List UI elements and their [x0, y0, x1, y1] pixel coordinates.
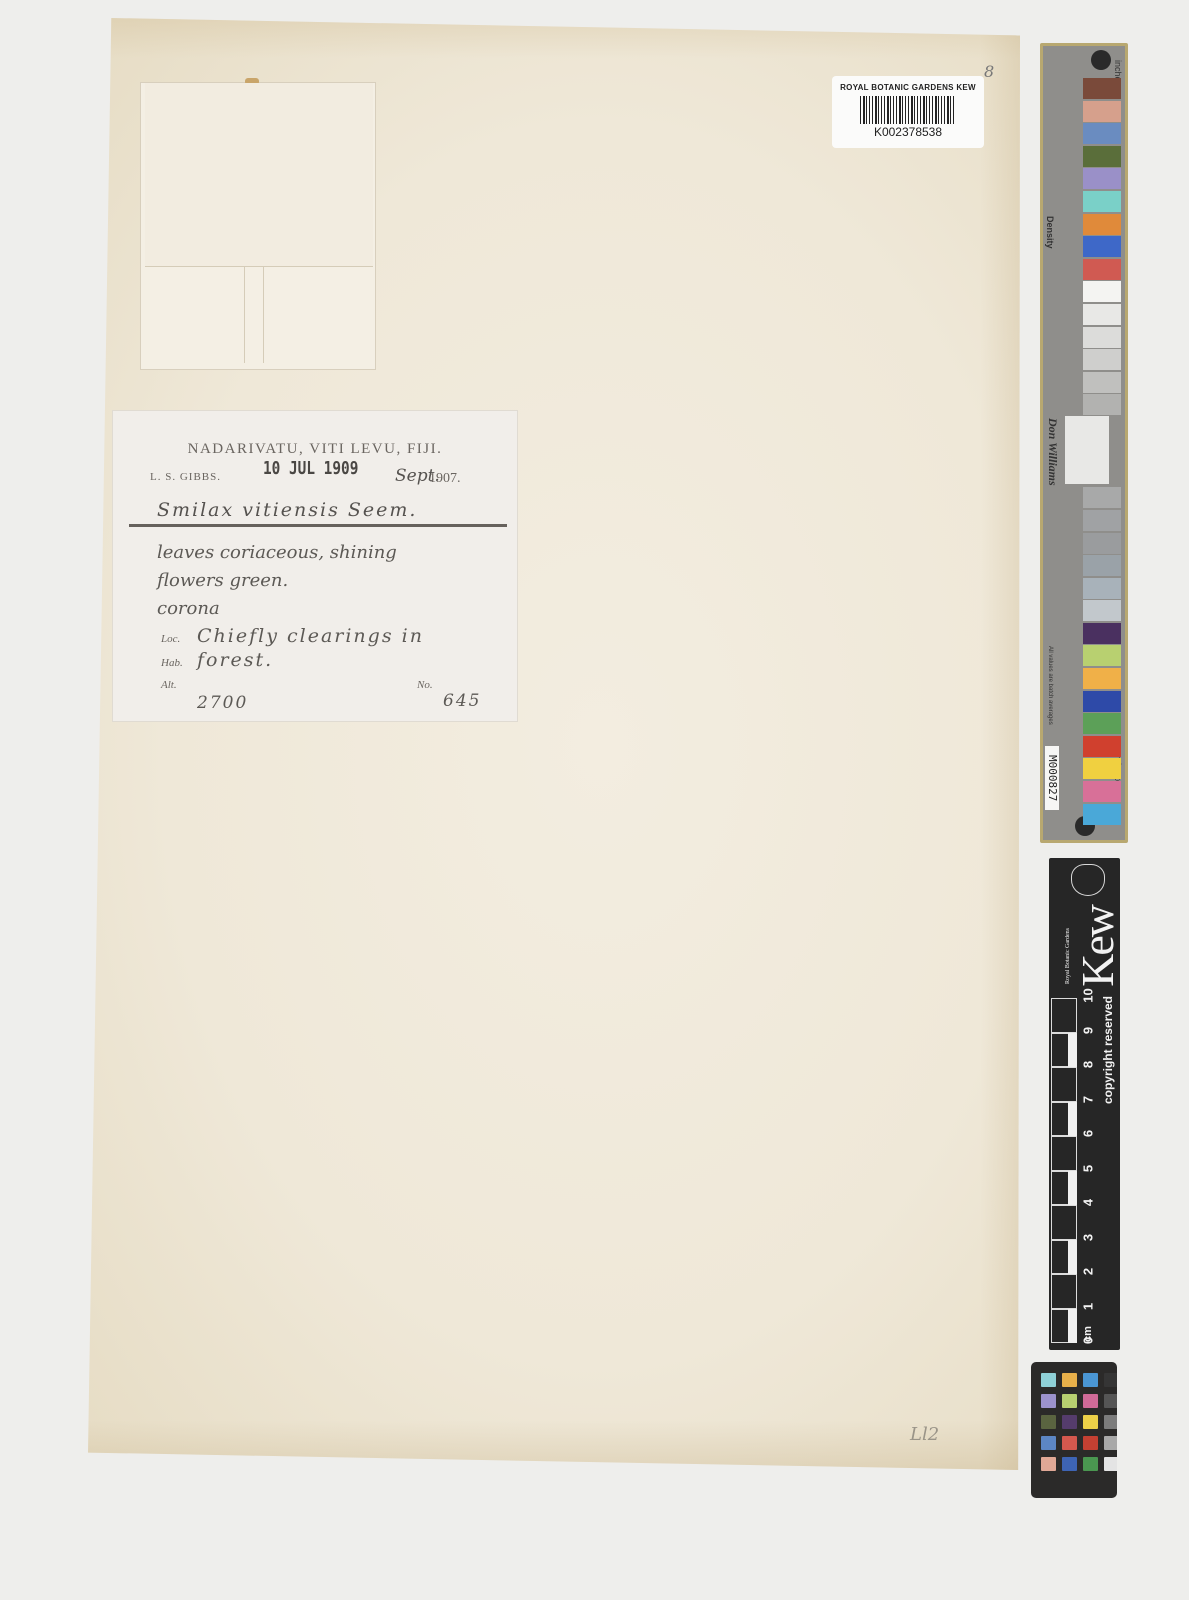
species-name: Smilax vitiensis Seem.: [157, 499, 417, 521]
packet-flap-top: [145, 83, 373, 267]
scale-number: 2: [1081, 1263, 1096, 1281]
sheet-discoloration-top: [88, 18, 1020, 58]
scale-number: 8: [1081, 1056, 1096, 1074]
scale-segment-white: [1068, 1171, 1077, 1206]
description-line: corona: [157, 595, 397, 623]
corner-handwritten-mark: 8: [984, 62, 994, 81]
strip-hole-top-icon: [1091, 50, 1111, 70]
kew-logo: Kew: [1071, 906, 1124, 987]
color-patch: [1083, 146, 1121, 167]
scale-segment: [1051, 1067, 1077, 1102]
color-patch: [1083, 78, 1121, 99]
color-patch: [1083, 691, 1121, 712]
color-patch: [1083, 758, 1121, 779]
color-patch: [1083, 214, 1121, 235]
checker-cell: [1104, 1394, 1117, 1408]
color-checker-card: [1031, 1362, 1117, 1498]
packet-flap-right: [263, 267, 371, 363]
strip-color-patches: [1083, 78, 1121, 826]
kew-scale-ruler: Kew Royal Botanic Gardens copyright rese…: [1049, 858, 1120, 1350]
color-patch: [1083, 304, 1121, 325]
checker-cell: [1083, 1415, 1098, 1429]
no-value: 645: [443, 691, 481, 711]
fragment-packet[interactable]: [140, 82, 376, 370]
color-patch: [1083, 533, 1121, 554]
page-handwritten-mark: Ll2: [910, 1424, 939, 1445]
description: leaves coriaceous, shining flowers green…: [157, 539, 397, 623]
checker-cell: [1041, 1394, 1056, 1408]
sheet-discoloration-bottom: [88, 1420, 1020, 1470]
collection-label: NADARIVATU, VITI LEVU, FIJI. L. S. GIBBS…: [112, 410, 518, 722]
checker-cell: [1062, 1415, 1077, 1429]
checker-cell: [1041, 1436, 1056, 1450]
barcode-label: ROYAL BOTANIC GARDENS KEW K002378538: [832, 76, 984, 148]
color-patch: [1083, 236, 1121, 257]
checker-cell: [1062, 1436, 1077, 1450]
checker-cell: [1104, 1457, 1117, 1471]
strip-note: All values are batch averages: [1047, 646, 1053, 725]
scale-segment: [1051, 1274, 1077, 1309]
color-patch: [1083, 668, 1121, 689]
checker-cell: [1062, 1457, 1077, 1471]
alt-key: Alt.: [161, 679, 177, 691]
checker-cell: [1062, 1394, 1077, 1408]
kew-sublabel: Royal Botanic Gardens: [1065, 928, 1071, 984]
checker-cell: [1104, 1373, 1117, 1387]
color-patch: [1083, 372, 1121, 393]
scale-number: 4: [1081, 1194, 1096, 1212]
color-patch: [1083, 555, 1121, 576]
description-line: flowers green.: [157, 567, 397, 595]
scale-number: 7: [1081, 1090, 1096, 1108]
color-patch: [1083, 713, 1121, 734]
scale-number: 3: [1081, 1228, 1096, 1246]
strip-id: M000827: [1045, 746, 1059, 810]
collection-year: 1907.: [429, 471, 461, 487]
color-patch: [1083, 510, 1121, 531]
description-line: leaves coriaceous, shining: [157, 539, 397, 567]
color-patch: [1083, 600, 1121, 621]
checker-cell: [1083, 1436, 1098, 1450]
color-patch: [1083, 804, 1121, 825]
species-underline: [129, 524, 507, 527]
color-patch: [1083, 623, 1121, 644]
checker-cell: [1083, 1457, 1098, 1471]
packet-flap-left: [147, 267, 245, 363]
color-calibration-strip: inches Density Don Williams All values a…: [1040, 43, 1128, 843]
barcode-icon: [860, 96, 956, 124]
scale-segment: [1051, 1136, 1077, 1171]
hab-value: forest.: [197, 649, 273, 671]
checker-cell: [1041, 1457, 1056, 1471]
scale-segment-white: [1068, 1240, 1077, 1275]
scale-number: 1: [1081, 1297, 1096, 1315]
kew-unit: cm: [1082, 1325, 1094, 1343]
color-patch: [1083, 281, 1121, 302]
barcode-number: K002378538: [832, 125, 984, 139]
color-patch: [1083, 487, 1121, 508]
kew-crest-icon: [1071, 864, 1105, 896]
date-stamp: 10 JUL 1909: [263, 458, 358, 479]
color-patch: [1083, 327, 1121, 348]
checker-cell: [1041, 1373, 1056, 1387]
loc-value: Chiefly clearings in: [197, 625, 424, 647]
color-checker-grid: [1041, 1373, 1117, 1471]
scale-segment-white: [1068, 1102, 1077, 1137]
color-patch: [1083, 101, 1121, 122]
color-patch: [1083, 123, 1121, 144]
scale-segment-white: [1068, 1033, 1077, 1068]
color-patch: [1083, 645, 1121, 666]
scale-number: 5: [1081, 1159, 1096, 1177]
scale-number: 9: [1081, 1021, 1096, 1039]
strip-brand: Don Williams: [1045, 418, 1060, 486]
color-patch: [1083, 259, 1121, 280]
alt-value: 2700: [197, 693, 248, 713]
color-patch: [1083, 191, 1121, 212]
checker-cell: [1104, 1436, 1117, 1450]
hab-key: Hab.: [161, 657, 183, 669]
kew-copyright: copyright reserved: [1101, 996, 1115, 1104]
locality-header: NADARIVATU, VITI LEVU, FIJI.: [113, 441, 517, 458]
strip-density-label: Density: [1045, 216, 1055, 249]
collector-name: L. S. GIBBS.: [150, 471, 221, 483]
color-patch: [1083, 578, 1121, 599]
no-key: No.: [417, 679, 433, 691]
color-patch: [1083, 394, 1121, 415]
color-patch: [1083, 168, 1121, 189]
color-patch: [1083, 349, 1121, 370]
scale-segment: [1051, 1205, 1077, 1240]
checker-cell: [1062, 1373, 1077, 1387]
kew-scale-bars: [1051, 998, 1077, 1346]
color-patch: [1083, 781, 1121, 802]
color-patch: [1083, 736, 1121, 757]
scale-number: 10: [1081, 987, 1096, 1005]
checker-cell: [1104, 1415, 1117, 1429]
institution-name: ROYAL BOTANIC GARDENS KEW: [832, 83, 984, 92]
scale-segment: [1051, 998, 1077, 1033]
checker-cell: [1083, 1394, 1098, 1408]
checker-cell: [1041, 1415, 1056, 1429]
scale-number: 6: [1081, 1125, 1096, 1143]
scale-segment-white: [1068, 1309, 1077, 1344]
checker-cell: [1083, 1373, 1098, 1387]
sheet-discoloration-right: [980, 18, 1020, 1470]
loc-key: Loc.: [161, 633, 180, 645]
